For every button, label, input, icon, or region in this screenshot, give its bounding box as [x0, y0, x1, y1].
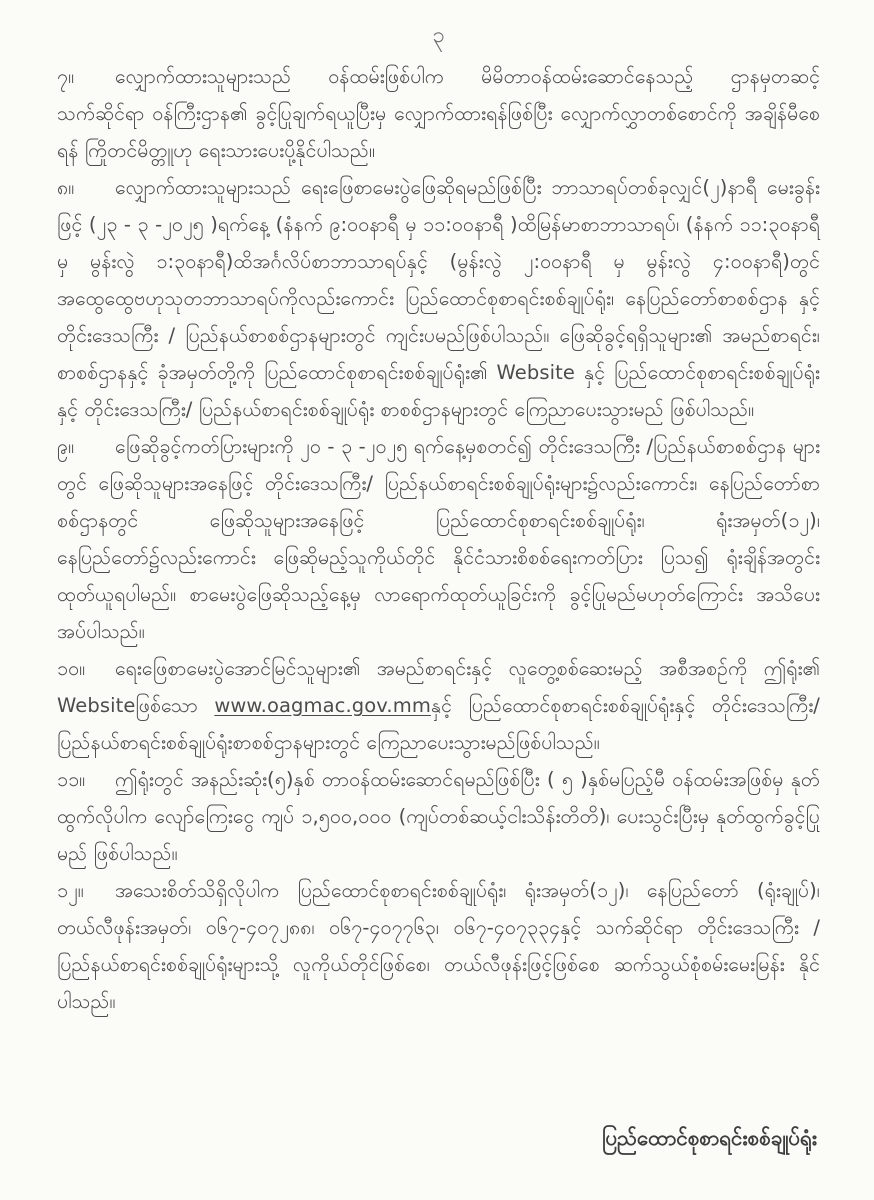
paragraph-9-number: ၉။ [57, 428, 115, 465]
paragraph-9: ၉။ဖြေဆိုခွင့်ကတ်ပြားများကို ၂၀ - ၃ -၂၀၂၅… [57, 428, 820, 650]
paragraph-10: ၁၀။ရေးဖြေစာမေးပွဲအောင်မြင်သူများ၏ အမည်စာ… [57, 650, 820, 761]
document-page: ၃ ၇။လျှောက်ထားသူများသည် ဝန်ထမ်းဖြစ်ပါက မ… [0, 0, 874, 1200]
paragraph-8-number: ၈။ [57, 169, 115, 206]
paragraph-11-number: ၁၁။ [57, 761, 115, 798]
paragraph-11-text: ဤရုံးတွင် အနည်းဆုံး(၅)နှစ် တာဝန်ထမ်းဆောင… [57, 768, 820, 865]
paragraph-8: ၈။လျှောက်ထားသူများသည် ရေးဖြေစာမေးပွဲဖြေဆ… [57, 169, 820, 428]
paragraph-9-text: ဖြေဆိုခွင့်ကတ်ပြားများကို ၂၀ - ၃ -၂၀၂၅ ရ… [57, 435, 820, 643]
page-number: ၃ [57, 0, 820, 58]
website-link[interactable]: www.oagmac.gov.mm [214, 694, 431, 717]
signature-block: ပြည်ထောင်စုစာရင်းစစ်ချုပ်ရုံး [602, 1126, 817, 1156]
paragraph-7-number: ၇။ [57, 58, 115, 95]
document-body: ၇။လျှောက်ထားသူများသည် ဝန်ထမ်းဖြစ်ပါက မိမ… [57, 58, 820, 1020]
paragraph-8-text: လျှောက်ထားသူများသည် ရေးဖြေစာမေးပွဲဖြေဆို… [57, 176, 820, 421]
paragraph-7: ၇။လျှောက်ထားသူများသည် ဝန်ထမ်းဖြစ်ပါက မိမ… [57, 58, 820, 169]
paragraph-10-number: ၁၀။ [57, 650, 115, 687]
paragraph-11: ၁၁။ဤရုံးတွင် အနည်းဆုံး(၅)နှစ် တာဝန်ထမ်းဆ… [57, 761, 820, 872]
paragraph-12: ၁၂။အသေးစိတ်သိရှိလိုပါက ပြည်ထောင်စုစာရင်း… [57, 872, 820, 1020]
paragraph-7-text: လျှောက်ထားသူများသည် ဝန်ထမ်းဖြစ်ပါက မိမိတ… [57, 65, 820, 162]
paragraph-12-text: အသေးစိတ်သိရှိလိုပါက ပြည်ထောင်စုစာရင်းစစ်… [57, 879, 820, 1013]
paragraph-12-number: ၁၂။ [57, 872, 115, 909]
signature-text: ပြည်ထောင်စုစာရင်းစစ်ချုပ်ရုံး [602, 1126, 817, 1150]
